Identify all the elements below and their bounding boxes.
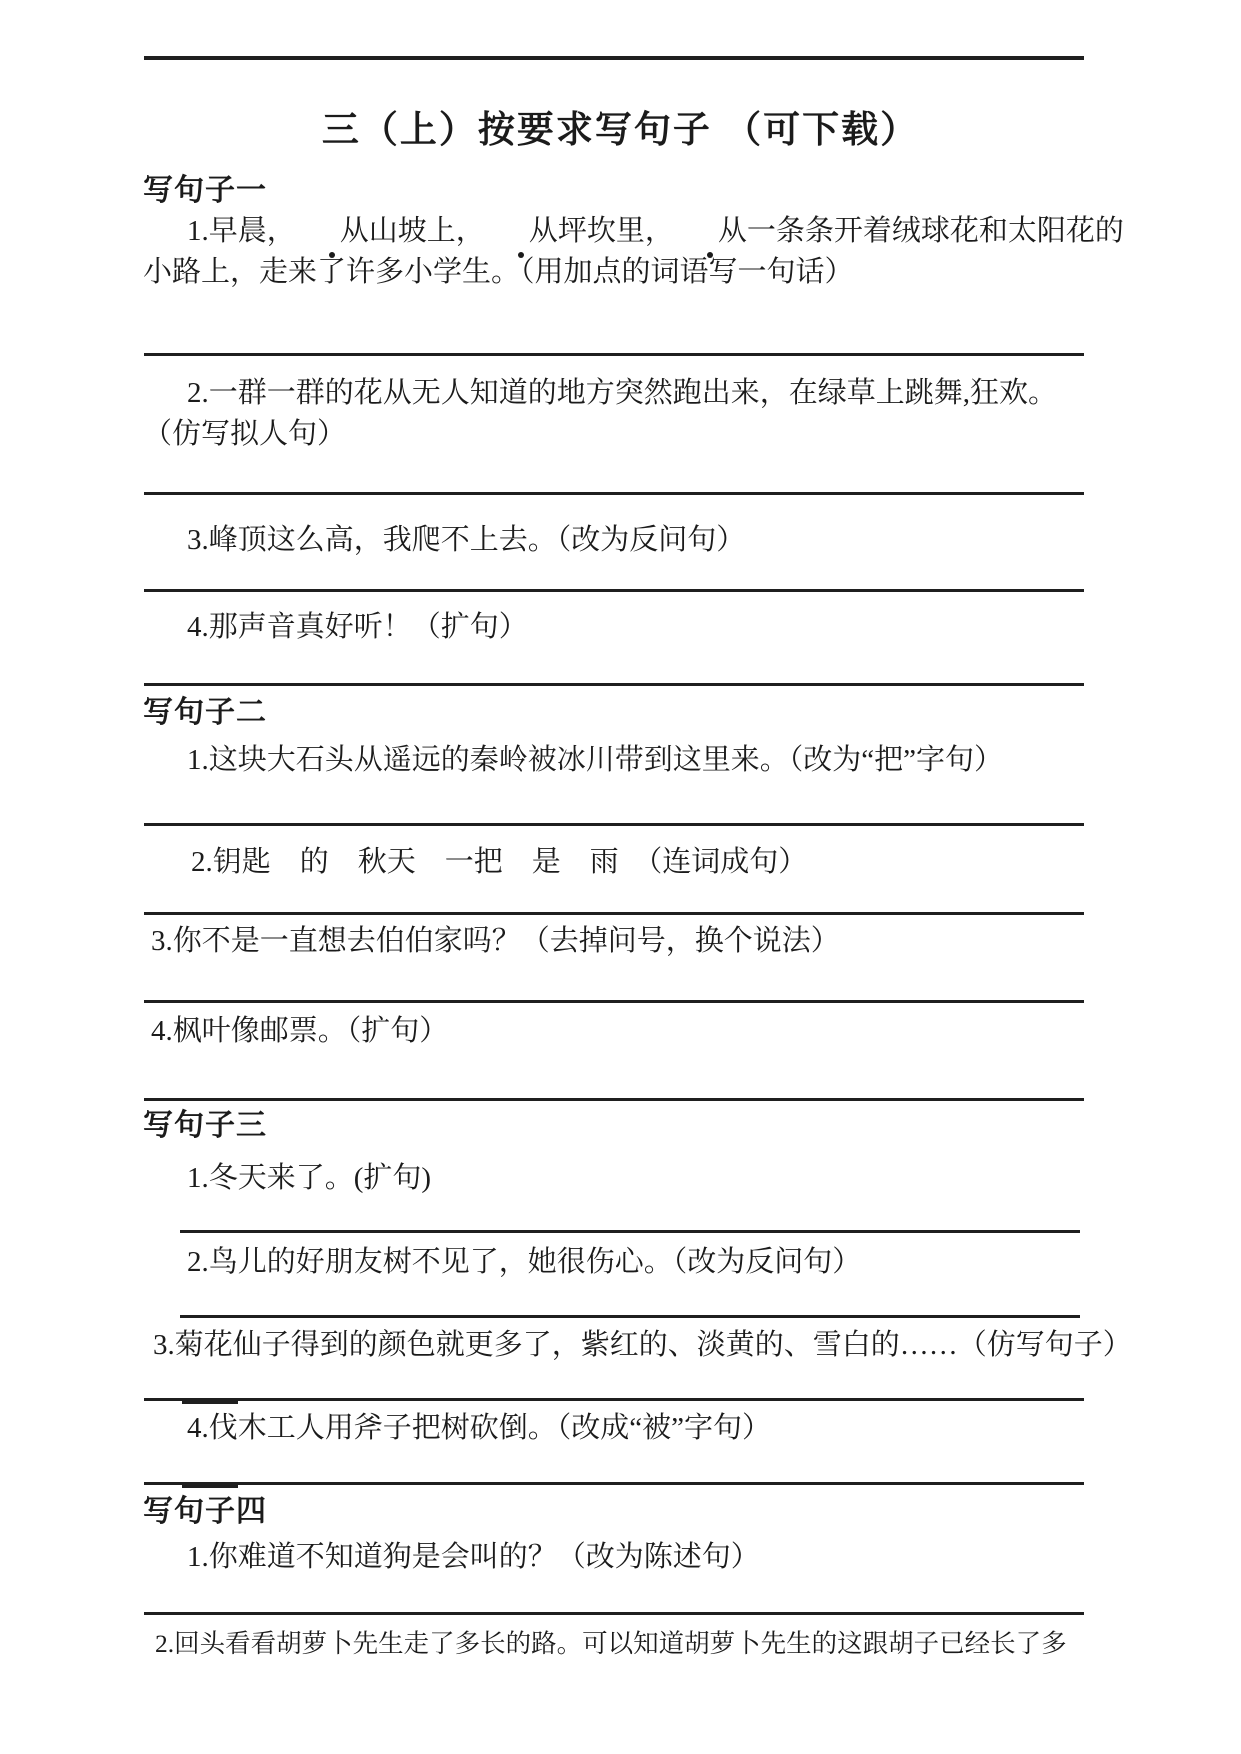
answer-line (180, 1315, 1080, 1318)
answer-line (180, 1230, 1080, 1233)
answer-line (144, 1482, 1084, 1485)
answer-line (144, 1098, 1084, 1101)
answer-line (144, 1398, 1084, 1401)
question-text: 3.菊花仙子得到的颜色就更多了，紫红的、淡黄的、雪白的……（仿写句子） (143, 1325, 1153, 1366)
answer-line (144, 492, 1084, 495)
question-text: 4.枫叶像邮票。（扩句） (143, 1011, 1143, 1052)
header-rule (144, 56, 1084, 60)
answer-line (144, 353, 1084, 356)
text-segment: 1.早晨， (187, 215, 296, 247)
answer-line (144, 823, 1084, 826)
question-text: 4.伐木工人用斧子把树砍倒。（改成“被”字句） (143, 1408, 1143, 1449)
answer-line-overlap (182, 1485, 238, 1488)
question-text: 1.早晨，从山坡上，从坪坎里，从一条条开着绒球花和太阳花的小路上，走来了许多小学… (143, 211, 1143, 293)
question-text: 1.你难道不知道狗是会叫的？（改为陈述句） (143, 1537, 1143, 1578)
question-text: 3.你不是一直想去伯伯家吗？（去掉问号，换个说法） (143, 921, 1143, 962)
text-segment: 坪坎里， (558, 215, 674, 247)
question-text: 2.钥匙 的 秋天 一把 是 雨 （连词成句） (143, 842, 1143, 883)
worksheet-page: 三（上）按要求写句子 （可下载） 写句子一 1.早晨，从山坡上，从坪坎里，从一条… (0, 0, 1241, 1754)
question-text: 2.一群一群的花从无人知道的地方突然跑出来，在绿草上跳舞,狂欢。（仿写拟人句） (143, 373, 1073, 455)
answer-line (144, 912, 1084, 915)
question-text: 3.峰顶这么高，我爬不上去。（改为反问句） (143, 520, 1143, 561)
section-heading-2: 写句子二 (143, 693, 267, 733)
dotted-word: 从 (485, 211, 558, 252)
section-heading-4: 写句子四 (143, 1492, 267, 1532)
answer-line (144, 1000, 1084, 1003)
dotted-word: 从 (296, 211, 369, 252)
section-heading-3: 写句子三 (143, 1106, 267, 1146)
question-text: 2.鸟儿的好朋友树不见了，她很伤心。（改为反问句） (143, 1242, 1143, 1283)
answer-line (144, 683, 1084, 686)
section-heading-1: 写句子一 (143, 171, 267, 211)
dotted-word: 从 (674, 211, 747, 252)
page-title: 三（上）按要求写句子 （可下载） (0, 104, 1241, 156)
question-text: 1.这块大石头从遥远的秦岭被冰川带到这里来。（改为“把”字句） (143, 740, 1143, 781)
answer-line (144, 589, 1084, 592)
text-segment: 山坡上， (369, 215, 485, 247)
question-text: 2.回头看看胡萝卜先生走了多长的路。可以知道胡萝卜先生的这跟胡子已经长了多 (143, 1623, 1143, 1664)
answer-line-overlap (182, 1401, 238, 1404)
question-text: 1.冬天来了。(扩句) (143, 1158, 1143, 1199)
question-text: 4.那声音真好听！（扩句） (143, 607, 1143, 648)
answer-line (144, 1612, 1084, 1615)
